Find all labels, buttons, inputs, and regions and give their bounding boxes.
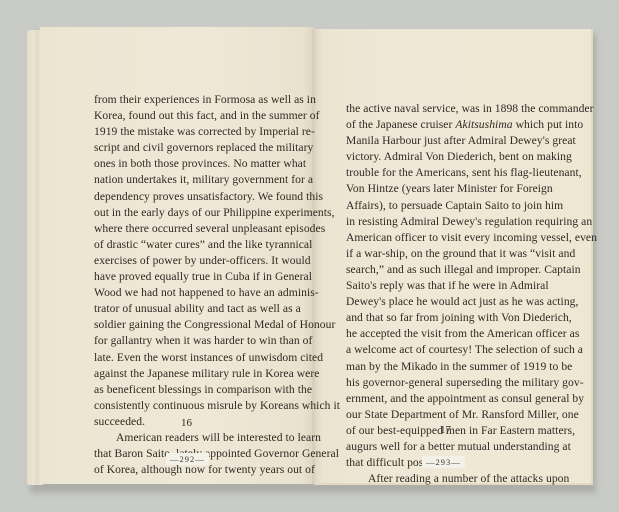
text-line: soldier gaining the Congressional Medal … [94, 317, 288, 333]
text-line: out in the early days of our Philippine … [94, 205, 288, 221]
text-line: Affairs), to persuade Captain Saito to j… [346, 198, 541, 214]
text-line: and that so far from joining with Von Di… [346, 310, 541, 326]
text-line: ones in both those provinces. No matter … [94, 156, 288, 172]
text-line: a welcome act of courtesy! The selection… [346, 342, 541, 358]
text-line: trator of unusual ability and tact as we… [94, 301, 288, 317]
text-line: for gallantry when it was harder to win … [94, 333, 288, 349]
text-line: Wood we had not happened to have an admi… [94, 285, 288, 301]
text-line: the active naval service, was in 1898 th… [346, 101, 541, 117]
text-line: if a war-ship, on the ground that it was… [346, 246, 541, 262]
page-number-right: 17 [440, 424, 451, 436]
text-line: his governor-general superseding the mil… [346, 375, 541, 391]
text-line: nation undertakes it, military governmen… [94, 172, 288, 188]
text-line: Manila Harbour just after Admiral Dewey'… [346, 133, 541, 149]
archive-stamp-right: —293— [422, 456, 465, 468]
text-line: against the Japanese military rule in Ko… [94, 366, 288, 382]
text-line: late. Even the worst instances of unwisd… [94, 350, 288, 366]
paragraph-start-line: After reading a number of the attacks up… [346, 471, 541, 487]
text-line: American officer to visit every incoming… [346, 230, 541, 246]
text-line: where there occurred several unpleasant … [94, 221, 288, 237]
text-line: of drastic “water cures” and the like ty… [94, 237, 288, 253]
text-line: script and civil governors replaced the … [94, 140, 288, 156]
text-line: from their experiences in Formosa as wel… [94, 92, 288, 108]
paragraph-start-line: American readers will be interested to l… [94, 430, 288, 446]
text-line: Dewey's place he would act just as he wa… [346, 294, 541, 310]
text-line: search,” and as such illegal and imprope… [346, 262, 541, 278]
text-line-with-italic: of the Japanese cruiser Akitsushima whic… [346, 117, 541, 133]
text-line: trouble for the Americans, sent his flag… [346, 165, 541, 181]
text-line: dependency proves unsatisfactory. We fou… [94, 189, 288, 205]
text-line: Saito's reply was that if he were in Adm… [346, 278, 541, 294]
text-line: he accepted the visit from the American … [346, 326, 541, 342]
text-line: augurs well for a better mutual understa… [346, 439, 541, 455]
text-line: man by the Mikado in the summer of 1919 … [346, 359, 541, 375]
text-line: 1919 the mistake was corrected by Imperi… [94, 124, 288, 140]
text-line: Korea, found out this fact, and in the s… [94, 108, 288, 124]
text-segment: which put into [516, 118, 584, 131]
text-line: our State Department of Mr. Ransford Mil… [346, 407, 541, 423]
text-line: have proved equally true in Cuba if in G… [94, 269, 288, 285]
page-number-left: 16 [181, 417, 192, 429]
text-line: in resisting Admiral Dewey's regulation … [346, 214, 541, 230]
text-line: as beneficent blessings in comparison wi… [94, 382, 288, 398]
text-segment: of the Japanese cruiser [346, 118, 452, 131]
ship-name: Akitsushima [455, 118, 512, 131]
text-line: exercises of power by under-officers. It… [94, 253, 288, 269]
archive-stamp-left: —292— [166, 453, 209, 465]
text-line: consistently continuous misrule by Korea… [94, 398, 288, 414]
text-line: victory. Admiral Von Diederich, bent on … [346, 149, 541, 165]
text-line: ernment, and the appointment as consul g… [346, 391, 541, 407]
text-line: Von Hintze (years later Minister for For… [346, 181, 541, 197]
